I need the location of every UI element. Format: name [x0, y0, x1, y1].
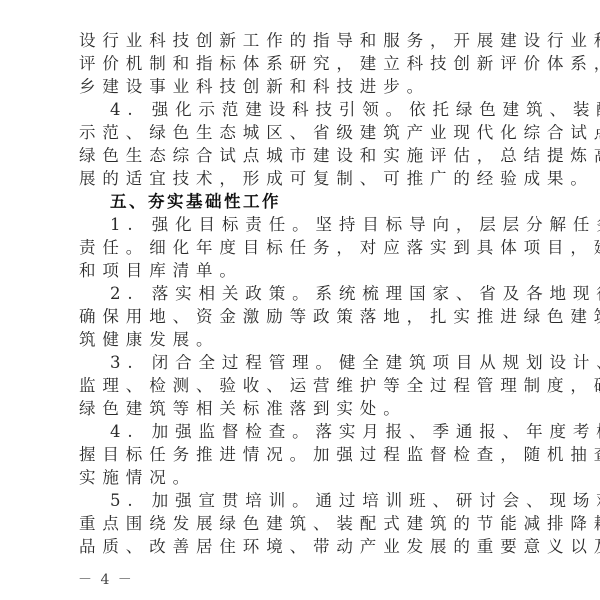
body-text-line: 绿色建筑等相关标准落到实处。	[79, 397, 539, 420]
body-text-line: 责任。细化年度目标任务，对应落实到具体项目，建立工作台账	[79, 236, 539, 259]
body-text-line: 设行业科技创新工作的指导和服务，开展建设行业科技创新工作	[79, 29, 539, 52]
list-item-4-supervision: 4. 加强监督检查。落实月报、季通报、年度考核等制度，掌	[110, 420, 570, 443]
body-text-line: 和项目库清单。	[79, 259, 539, 282]
body-text-line: 确保用地、资金激励等政策落地，扎实推进绿色建筑、装配式建	[79, 305, 539, 328]
list-item-5-training: 5. 加强宣贯培训。通过培训班、研讨会、现场观摩等形式，	[110, 489, 570, 512]
body-text-line: 握目标任务推进情况。加强过程监督检查，随机抽查项目库项目	[79, 443, 539, 466]
body-text-line: 评价机制和指标体系研究，建立科技创新评价体系，推动住房城	[79, 52, 539, 75]
body-text-line: 示范、绿色生态城区、省级建筑产业现代化综合试点城市、省级	[79, 121, 539, 144]
page-number: － 4 －	[78, 570, 134, 590]
body-text-line: 监理、检测、验收、运营维护等全过程管理制度，确保建筑节能	[79, 374, 539, 397]
body-text-line: 展的适宜技术，形成可复制、可推广的经验成果。	[79, 167, 539, 190]
body-text-line: 绿色生态综合试点城市建设和实施评估，总结提炼高质量绿色发	[79, 144, 539, 167]
body-text-line: 实施情况。	[79, 466, 539, 489]
body-text-line: 乡建设事业科技创新和科技进步。	[79, 75, 539, 98]
body-text-line: 品质、改善居住环境、带动产业发展的重要意义以及政策、技术、	[79, 535, 539, 558]
section-heading: 五、夯实基础性工作	[110, 190, 570, 213]
body-text-line: 重点围绕发展绿色建筑、装配式建筑的节能减排降耗、提高建筑	[79, 512, 539, 535]
body-text-line: 筑健康发展。	[79, 328, 539, 351]
list-item-4-strengthen-demonstration: 4. 强化示范建设科技引领。依托绿色建筑、装配式建筑项目	[110, 98, 570, 121]
list-item-1-target-responsibility: 1. 强化目标责任。坚持目标导向，层层分解任务，压实工作	[110, 213, 570, 236]
document-page: 设行业科技创新工作的指导和服务，开展建设行业科技创新工作 评价机制和指标体系研究…	[0, 0, 600, 600]
list-item-2-implement-policies: 2. 落实相关政策。系统梳理国家、省及各地现行相关政策，	[110, 282, 570, 305]
list-item-3-process-management: 3. 闭合全过程管理。健全建筑项目从规划设计、图审、施工、	[110, 351, 570, 374]
